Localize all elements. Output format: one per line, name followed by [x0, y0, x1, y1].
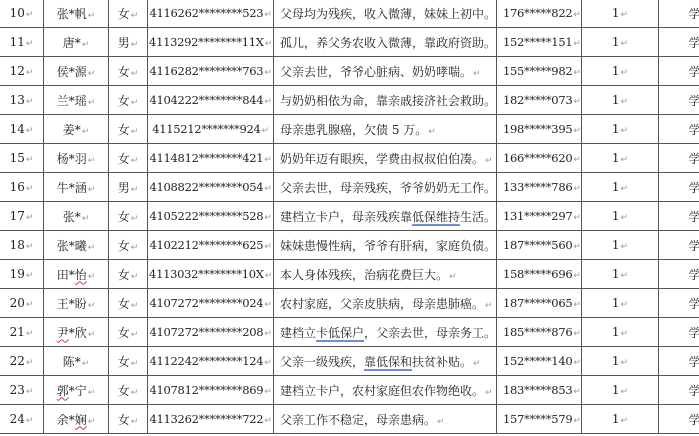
paragraph-mark-icon: ↵	[264, 184, 271, 194]
paragraph-mark-icon: ↵	[88, 272, 96, 282]
paragraph-mark-icon: ↵	[82, 359, 90, 369]
spelling-flag[interactable]: 郭	[57, 384, 69, 398]
paragraph-mark-icon: ↵	[264, 358, 271, 368]
role-cell[interactable]: 学生↵	[659, 0, 699, 28]
paragraph-mark-icon: ↵	[621, 300, 629, 310]
gender-cell[interactable]: 女↵	[109, 260, 148, 289]
gender-cell[interactable]: 女↵	[109, 0, 148, 28]
count-cell[interactable]: 1↵	[582, 318, 659, 347]
table-row: 18↵ 张*曦↵ 女↵ 4102212********625↵ 妹妹患慢性病，爷…	[0, 231, 699, 260]
table-row: 13↵ 兰*瑶↵ 女↵ 4104222********844↵ 与奶奶相依为命，…	[0, 86, 699, 115]
id-number-cell[interactable]: 4114812********421↵	[148, 144, 274, 173]
name-cell[interactable]: 杨*羽↵	[44, 144, 109, 173]
reason-cell[interactable]: 建档立卡户，农村家庭但农作物绝收。↵	[274, 376, 497, 405]
paragraph-mark-icon: ↵	[26, 271, 34, 281]
paragraph-mark-icon: ↵	[26, 300, 34, 310]
paragraph-mark-icon: ↵	[88, 98, 96, 108]
paragraph-mark-icon: ↵	[573, 387, 580, 397]
paragraph-mark-icon: ↵	[264, 387, 271, 397]
count-cell[interactable]: 1↵	[582, 289, 659, 318]
reason-cell[interactable]: 建档立卡户，母亲残疾靠低保维持生活。↵	[274, 202, 497, 231]
table-row: 15↵ 杨*羽↵ 女↵ 4114812********421↵ 奶奶年迈有眼疾，…	[0, 144, 699, 173]
id-number-cell[interactable]: 4113262********722↵	[148, 405, 274, 434]
phone-cell[interactable]: 152*****151↵	[497, 28, 582, 57]
paragraph-mark-icon: ↵	[131, 243, 139, 253]
paragraph-mark-icon: ↵	[88, 301, 96, 311]
paragraph-mark-icon: ↵	[621, 358, 629, 368]
paragraph-mark-icon: ↵	[131, 359, 139, 369]
phone-cell[interactable]: 176*****822↵	[497, 0, 582, 28]
id-number-cell[interactable]: 4107812********869↵	[148, 376, 274, 405]
paragraph-mark-icon: ↵	[88, 243, 96, 253]
paragraph-mark-icon: ↵	[264, 97, 271, 107]
count-cell[interactable]: 1↵	[582, 86, 659, 115]
paragraph-mark-icon: ↵	[264, 10, 271, 20]
gender-cell[interactable]: 女↵	[109, 86, 148, 115]
paragraph-mark-icon: ↵	[26, 329, 34, 339]
row-index-cell[interactable]: 19↵	[0, 260, 44, 289]
paragraph-mark-icon: ↵	[573, 97, 580, 107]
table-row: 10↵ 张*帆↵ 女↵ 4116262********523↵ 父母均为残疾，收…	[0, 0, 699, 28]
paragraph-mark-icon: ↵	[573, 213, 580, 223]
paragraph-mark-icon: ↵	[621, 387, 629, 397]
role-cell[interactable]: 学生↵	[659, 28, 699, 57]
reason-cell[interactable]: 父亲去世，爷爷心脏病、奶奶哮喘。↵	[274, 57, 497, 86]
spelling-flag[interactable]: 尹	[57, 326, 69, 340]
id-number-cell[interactable]: 4112242********124↵	[148, 347, 274, 376]
id-number-cell[interactable]: 4113292********11X↵	[148, 28, 274, 57]
paragraph-mark-icon: ↵	[265, 39, 272, 49]
gender-cell[interactable]: 女↵	[109, 57, 148, 86]
paragraph-mark-icon: ↵	[621, 329, 629, 339]
reason-cell[interactable]: 父亲去世，母亲残疾，爷爷奶奶无工作。↵	[274, 173, 497, 202]
name-cell[interactable]: 姜*↵	[44, 115, 109, 144]
name-cell[interactable]: 唐*↵	[44, 28, 109, 57]
paragraph-mark-icon: ↵	[485, 301, 493, 311]
paragraph-mark-icon: ↵	[88, 69, 96, 79]
count-cell[interactable]: 1↵	[582, 347, 659, 376]
paragraph-mark-icon: ↵	[573, 10, 580, 20]
paragraph-mark-icon: ↵	[88, 185, 96, 195]
role-cell[interactable]: 学生↵	[659, 115, 699, 144]
id-number-cell[interactable]: 4115212*******924↵	[148, 115, 274, 144]
paragraph-mark-icon: ↵	[621, 10, 629, 20]
name-cell[interactable]: 侯*源↵	[44, 57, 109, 86]
paragraph-mark-icon: ↵	[131, 11, 139, 21]
phone-cell[interactable]: 166*****620↵	[497, 144, 582, 173]
row-index-cell[interactable]: 16↵	[0, 173, 44, 202]
paragraph-mark-icon: ↵	[449, 272, 457, 282]
count-cell[interactable]: 1↵	[582, 173, 659, 202]
paragraph-mark-icon: ↵	[573, 126, 580, 136]
role-cell[interactable]: 学生↵	[659, 202, 699, 231]
role-cell[interactable]: 学生↵	[659, 260, 699, 289]
row-index-cell[interactable]: 22↵	[0, 347, 44, 376]
name-cell[interactable]: 张*帆↵	[44, 0, 109, 28]
paragraph-mark-icon: ↵	[262, 126, 269, 136]
phone-cell[interactable]: 187*****065↵	[497, 289, 582, 318]
id-number-cell[interactable]: 4108822********054↵	[148, 173, 274, 202]
reason-cell[interactable]: 本人身体残疾，治病花费巨大。↵	[274, 260, 497, 289]
reason-cell[interactable]: 妹妹患慢性病，爷爷有肝病，家庭负债。↵	[274, 231, 497, 260]
role-cell[interactable]: 学生↵	[659, 86, 699, 115]
paragraph-mark-icon: ↵	[88, 11, 96, 21]
phone-cell[interactable]: 133*****786↵	[497, 173, 582, 202]
name-cell[interactable]: 余*娴↵	[44, 405, 109, 434]
paragraph-mark-icon: ↵	[131, 185, 139, 195]
paragraph-mark-icon: ↵	[131, 156, 139, 166]
paragraph-mark-icon: ↵	[621, 213, 629, 223]
gender-cell[interactable]: 女↵	[109, 115, 148, 144]
reason-cell[interactable]: 父亲工作不稳定，母亲患病。↵	[274, 405, 497, 434]
paragraph-mark-icon: ↵	[131, 272, 139, 282]
paragraph-mark-icon: ↵	[26, 387, 34, 397]
table-row: 12↵ 侯*源↵ 女↵ 4116282********763↵ 父亲去世，爷爷心…	[0, 57, 699, 86]
paragraph-mark-icon: ↵	[88, 388, 96, 398]
name-cell[interactable]: 郭*宁↵	[44, 376, 109, 405]
paragraph-mark-icon: ↵	[573, 416, 580, 426]
row-index-cell[interactable]: 12↵	[0, 57, 44, 86]
table-row: 20↵ 王*盼↵ 女↵ 4107272********024↵ 农村家庭，父亲皮…	[0, 289, 699, 318]
phone-cell[interactable]: 182*****073↵	[497, 86, 582, 115]
role-cell[interactable]: 学生↵	[659, 347, 699, 376]
row-index-cell[interactable]: 20↵	[0, 289, 44, 318]
paragraph-mark-icon: ↵	[573, 39, 580, 49]
role-cell[interactable]: 学生↵	[659, 57, 699, 86]
paragraph-mark-icon: ↵	[131, 127, 139, 137]
row-index-cell[interactable]: 15↵	[0, 144, 44, 173]
paragraph-mark-icon: ↵	[428, 127, 436, 137]
paragraph-mark-icon: ↵	[265, 271, 272, 281]
paragraph-mark-icon: ↵	[621, 242, 629, 252]
gender-cell[interactable]: 女↵	[109, 289, 148, 318]
paragraph-mark-icon: ↵	[131, 214, 139, 224]
count-cell[interactable]: 1↵	[582, 260, 659, 289]
gender-cell[interactable]: 女↵	[109, 318, 148, 347]
table-row: 23↵ 郭*宁↵ 女↵ 4107812********869↵ 建档立卡户，农村…	[0, 376, 699, 405]
student-aid-table: 10↵ 张*帆↵ 女↵ 4116262********523↵ 父母均为残疾，收…	[0, 0, 699, 434]
paragraph-mark-icon: ↵	[26, 39, 34, 49]
phone-cell[interactable]: 131*****297↵	[497, 202, 582, 231]
gender-cell[interactable]: 女↵	[109, 405, 148, 434]
paragraph-mark-icon: ↵	[26, 10, 34, 20]
role-cell[interactable]: 学生↵	[659, 376, 699, 405]
paragraph-mark-icon: ↵	[485, 388, 493, 398]
paragraph-mark-icon: ↵	[26, 416, 34, 426]
role-cell[interactable]: 学生↵	[659, 405, 699, 434]
paragraph-mark-icon: ↵	[82, 40, 90, 50]
phone-cell[interactable]: 198*****395↵	[497, 115, 582, 144]
gender-cell[interactable]: 女↵	[109, 231, 148, 260]
paragraph-mark-icon: ↵	[621, 39, 629, 49]
name-cell[interactable]: 王*盼↵	[44, 289, 109, 318]
count-cell[interactable]: 1↵	[582, 0, 659, 28]
gender-cell[interactable]: 女↵	[109, 202, 148, 231]
id-number-cell[interactable]: 4107272********024↵	[148, 289, 274, 318]
name-cell[interactable]: 牛*涵↵	[44, 173, 109, 202]
gender-cell[interactable]: 男↵	[109, 28, 148, 57]
row-index-cell[interactable]: 23↵	[0, 376, 44, 405]
reason-cell[interactable]: 农村家庭，父亲皮肤病，母亲患肺癌。↵	[274, 289, 497, 318]
reason-cell[interactable]: 孤儿，养父务农收入微薄，靠政府资助。↵	[274, 28, 497, 57]
row-index-cell[interactable]: 18↵	[0, 231, 44, 260]
paragraph-mark-icon: ↵	[88, 330, 96, 340]
paragraph-mark-icon: ↵	[621, 68, 629, 78]
count-cell[interactable]: 1↵	[582, 57, 659, 86]
row-index-cell[interactable]: 10↵	[0, 0, 44, 28]
phone-cell[interactable]: 155*****982↵	[497, 57, 582, 86]
id-number-cell[interactable]: 4104222********844↵	[148, 86, 274, 115]
count-cell[interactable]: 1↵	[582, 405, 659, 434]
paragraph-mark-icon: ↵	[621, 416, 629, 426]
row-index-cell[interactable]: 13↵	[0, 86, 44, 115]
paragraph-mark-icon: ↵	[621, 155, 629, 165]
count-cell[interactable]: 1↵	[582, 231, 659, 260]
grammar-flag[interactable]: 低保维持	[412, 210, 460, 224]
reason-cell[interactable]: 与奶奶相依为命，靠亲戚接济社会救助。↵	[274, 86, 497, 115]
id-number-cell[interactable]: 4107272********208↵	[148, 318, 274, 347]
role-cell[interactable]: 学生↵	[659, 173, 699, 202]
phone-cell[interactable]: 187*****560↵	[497, 231, 582, 260]
grammar-flag[interactable]: 卡低保户	[316, 326, 364, 340]
name-cell[interactable]: 田*怡↵	[44, 260, 109, 289]
paragraph-mark-icon: ↵	[573, 242, 580, 252]
paragraph-mark-icon: ↵	[26, 242, 34, 252]
gender-cell[interactable]: 女↵	[109, 347, 148, 376]
paragraph-mark-icon: ↵	[131, 40, 139, 50]
paragraph-mark-icon: ↵	[26, 68, 34, 78]
spelling-flag[interactable]: 娴	[75, 413, 87, 427]
count-cell[interactable]: 1↵	[582, 144, 659, 173]
name-cell[interactable]: 兰*瑶↵	[44, 86, 109, 115]
reason-cell[interactable]: 父母均为残疾，收入微薄，妹妹上初中。↵	[274, 0, 497, 28]
paragraph-mark-icon: ↵	[573, 271, 580, 281]
phone-cell[interactable]: 158*****696↵	[497, 260, 582, 289]
count-cell[interactable]: 1↵	[582, 376, 659, 405]
paragraph-mark-icon: ↵	[573, 358, 580, 368]
paragraph-mark-icon: ↵	[131, 98, 139, 108]
paragraph-mark-icon: ↵	[26, 213, 34, 223]
reason-cell[interactable]: 父亲一级残疾，靠低保和扶贫补贴。↵	[274, 347, 497, 376]
name-cell[interactable]: 张*曦↵	[44, 231, 109, 260]
table-row: 16↵ 牛*涵↵ 男↵ 4108822********054↵ 父亲去世，母亲残…	[0, 173, 699, 202]
phone-cell[interactable]: 152*****140↵	[497, 347, 582, 376]
role-cell[interactable]: 学生↵	[659, 231, 699, 260]
table-row: 19↵ 田*怡↵ 女↵ 4113032********10X↵ 本人身体残疾，治…	[0, 260, 699, 289]
id-number-cell[interactable]: 4116282********763↵	[148, 57, 274, 86]
paragraph-mark-icon: ↵	[82, 127, 90, 137]
paragraph-mark-icon: ↵	[573, 329, 580, 339]
paragraph-mark-icon: ↵	[264, 300, 271, 310]
paragraph-mark-icon: ↵	[131, 301, 139, 311]
spelling-flag[interactable]: 怡	[75, 268, 87, 282]
paragraph-mark-icon: ↵	[264, 329, 271, 339]
row-index-cell[interactable]: 11↵	[0, 28, 44, 57]
phone-cell[interactable]: 157*****579↵	[497, 405, 582, 434]
paragraph-mark-icon: ↵	[437, 417, 445, 427]
paragraph-mark-icon: ↵	[264, 68, 271, 78]
paragraph-mark-icon: ↵	[26, 184, 34, 194]
name-cell[interactable]: 张*↵	[44, 202, 109, 231]
table-row: 21↵ 尹*欣↵ 女↵ 4107272********208↵ 建档立卡低保户，…	[0, 318, 699, 347]
paragraph-mark-icon: ↵	[131, 69, 139, 79]
reason-cell[interactable]: 奶奶年迈有眼疾，学费由叔叔伯伯凑。↵	[274, 144, 497, 173]
paragraph-mark-icon: ↵	[621, 126, 629, 136]
paragraph-mark-icon: ↵	[473, 359, 481, 369]
row-index-cell[interactable]: 14↵	[0, 115, 44, 144]
id-number-cell[interactable]: 4102212********625↵	[148, 231, 274, 260]
gender-cell[interactable]: 女↵	[109, 144, 148, 173]
paragraph-mark-icon: ↵	[573, 184, 580, 194]
paragraph-mark-icon: ↵	[131, 330, 139, 340]
paragraph-mark-icon: ↵	[473, 69, 481, 79]
paragraph-mark-icon: ↵	[131, 417, 139, 427]
table-row: 22↵ 陈*↵ 女↵ 4112242********124↵ 父亲一级残疾，靠低…	[0, 347, 699, 376]
id-number-cell[interactable]: 4113032********10X↵	[148, 260, 274, 289]
count-cell[interactable]: 1↵	[582, 202, 659, 231]
paragraph-mark-icon: ↵	[264, 155, 271, 165]
paragraph-mark-icon: ↵	[573, 300, 580, 310]
reason-cell[interactable]: 母亲患乳腺癌，欠债 5 万。↵	[274, 115, 497, 144]
row-index-cell[interactable]: 24↵	[0, 405, 44, 434]
paragraph-mark-icon: ↵	[264, 213, 271, 223]
role-cell[interactable]: 学生↵	[659, 289, 699, 318]
gender-cell[interactable]: 男↵	[109, 173, 148, 202]
paragraph-mark-icon: ↵	[26, 97, 34, 107]
paragraph-mark-icon: ↵	[621, 97, 629, 107]
table-row: 11↵ 唐*↵ 男↵ 4113292********11X↵ 孤儿，养父务农收入…	[0, 28, 699, 57]
role-cell[interactable]: 学生↵	[659, 318, 699, 347]
row-index-cell[interactable]: 17↵	[0, 202, 44, 231]
paragraph-mark-icon: ↵	[82, 214, 90, 224]
paragraph-mark-icon: ↵	[264, 242, 271, 252]
paragraph-mark-icon: ↵	[131, 388, 139, 398]
phone-cell[interactable]: 183*****853↵	[497, 376, 582, 405]
name-cell[interactable]: 尹*欣↵	[44, 318, 109, 347]
table-row: 14↵ 姜*↵ 女↵ 4115212*******924↵ 母亲患乳腺癌，欠债 …	[0, 115, 699, 144]
paragraph-mark-icon: ↵	[26, 358, 34, 368]
role-cell[interactable]: 学生↵	[659, 144, 699, 173]
table-row: 17↵ 张*↵ 女↵ 4105222********528↵ 建档立卡户，母亲残…	[0, 202, 699, 231]
grammar-flag[interactable]: 靠低保和	[364, 355, 412, 369]
count-cell[interactable]: 1↵	[582, 115, 659, 144]
table-row: 24↵ 余*娴↵ 女↵ 4113262********722↵ 父亲工作不稳定，…	[0, 405, 699, 434]
phone-cell[interactable]: 185*****876↵	[497, 318, 582, 347]
paragraph-mark-icon: ↵	[26, 126, 34, 136]
paragraph-mark-icon: ↵	[26, 155, 34, 165]
paragraph-mark-icon: ↵	[88, 417, 96, 427]
paragraph-mark-icon: ↵	[573, 68, 580, 78]
paragraph-mark-icon: ↵	[264, 416, 271, 426]
paragraph-mark-icon: ↵	[485, 156, 493, 166]
paragraph-mark-icon: ↵	[621, 271, 629, 281]
row-index-cell[interactable]: 21↵	[0, 318, 44, 347]
reason-cell[interactable]: 建档立卡低保户，父亲去世，母亲务工。↵	[274, 318, 497, 347]
paragraph-mark-icon: ↵	[573, 155, 580, 165]
paragraph-mark-icon: ↵	[88, 156, 96, 166]
paragraph-mark-icon: ↵	[621, 184, 629, 194]
id-number-cell[interactable]: 4105222********528↵	[148, 202, 274, 231]
gender-cell[interactable]: 女↵	[109, 376, 148, 405]
count-cell[interactable]: 1↵	[582, 28, 659, 57]
name-cell[interactable]: 陈*↵	[44, 347, 109, 376]
id-number-cell[interactable]: 4116262********523↵	[148, 0, 274, 28]
